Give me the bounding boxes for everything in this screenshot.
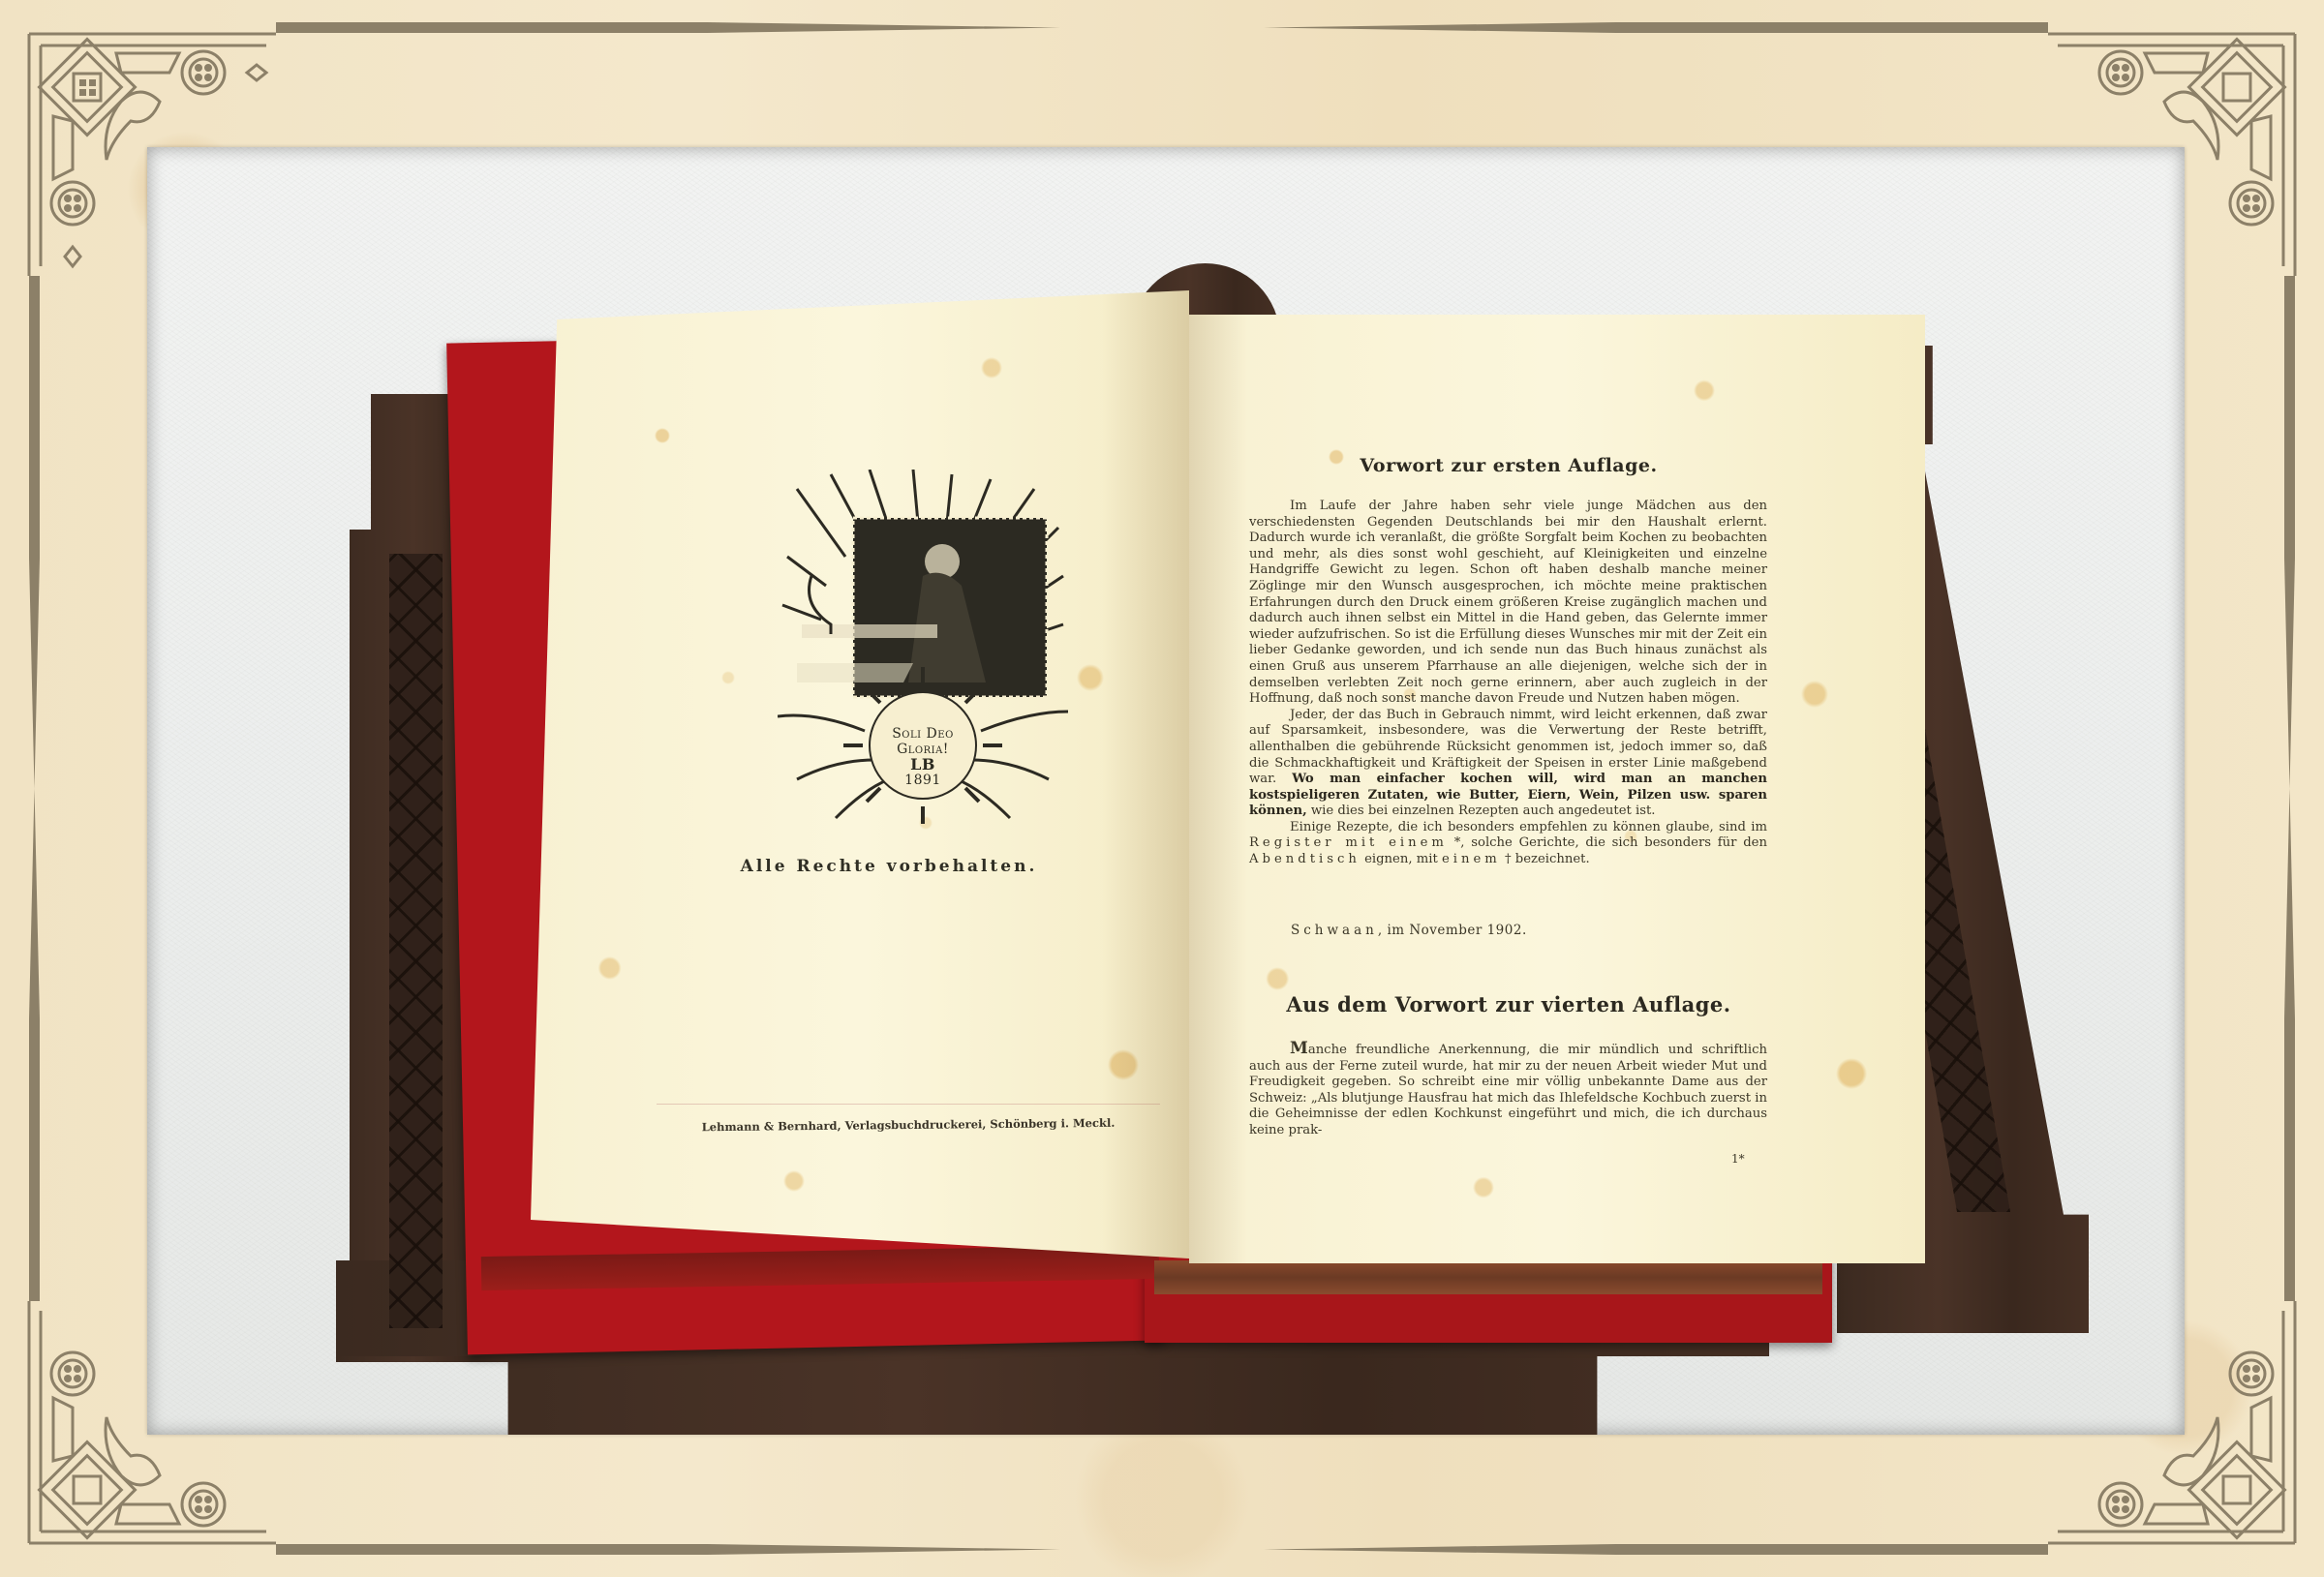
paragraph-3-register: Register mit einem — [1249, 835, 1448, 850]
frame-rule-top-right — [1264, 22, 2048, 33]
paragraph-3-text-a: Einige Rezepte, die ich besonders empfeh… — [1290, 820, 1767, 834]
first-preface-paragraph-1: Im Laufe der Jahre haben sehr viele jung… — [1249, 499, 1767, 708]
paragraph-3-einem: einem — [1442, 852, 1501, 866]
paragraph-2-tail-text: wie dies bei einzelnen Rezepten auch ang… — [1311, 804, 1656, 818]
carved-lattice-left — [389, 554, 443, 1328]
paragraph-3-text-c: eignen, mit — [1364, 852, 1438, 866]
paragraph-3-text-b: *, solche Gerichte, die sich besonders f… — [1454, 835, 1767, 850]
motto-line-1: Soli Deo — [870, 726, 976, 742]
monogram: LB — [870, 757, 976, 773]
printer-rule — [657, 1104, 1160, 1105]
book-edge-right — [1154, 1260, 1822, 1294]
paragraph-3-text-d: † bezeichnet. — [1505, 852, 1590, 866]
rights-notice: Alle Rechte vorbehalten. — [531, 857, 1189, 876]
page-number: 1* — [1731, 1152, 1745, 1166]
fourth-preface-text: anche freundliche Anerkennung, die mir m… — [1249, 1043, 1767, 1137]
left-page: Soli Deo Gloria! LB 1891 Alle Rechte vor… — [531, 290, 1189, 1259]
vignette-year: 1891 — [870, 773, 976, 788]
place-and-date: Schwaan, im November 1902. — [1291, 923, 1527, 938]
heading-first-edition-preface: Vorwort zur ersten Auflage. — [1247, 455, 1770, 476]
vignette-motto: Soli Deo Gloria! LB 1891 — [870, 726, 976, 788]
frame-rule-top-left — [276, 22, 1060, 33]
frame-rule-bottom-left — [276, 1544, 1060, 1555]
fourth-preface-body: Manche freundliche Anerkennung, die mir … — [1249, 1041, 1767, 1139]
frame-rule-left-top — [29, 276, 40, 789]
drop-cap: M — [1290, 1039, 1308, 1058]
paragraph-3-abendtisch: Abendtisch — [1249, 852, 1361, 866]
place-town: Schwaan — [1291, 923, 1378, 938]
first-preface-paragraph-2: Jeder, der das Buch in Gebrauch nimmt, w… — [1249, 708, 1767, 820]
first-preface-paragraph-3: Einige Rezepte, die ich besonders empfeh… — [1249, 820, 1767, 868]
heading-fourth-edition-preface: Aus dem Vorwort zur vierten Auflage. — [1247, 992, 1770, 1016]
right-page: Vorwort zur ersten Auflage. Im Laufe der… — [1189, 315, 1925, 1263]
frame-rule-right-top — [2284, 276, 2295, 789]
frame-rule-bottom-right — [1264, 1544, 2048, 1555]
first-preface-body: Im Laufe der Jahre haben sehr viele jung… — [1249, 499, 1767, 868]
frame-rule-left-bottom — [29, 788, 40, 1301]
printer-imprint: Lehmann & Bernhard, Verlagsbuchdruckerei… — [657, 1115, 1160, 1134]
frame-rule-right-bottom — [2284, 788, 2295, 1301]
place-date: , im November 1902. — [1378, 923, 1527, 938]
fourth-preface-paragraph-1: Manche freundliche Anerkennung, die mir … — [1249, 1041, 1767, 1139]
